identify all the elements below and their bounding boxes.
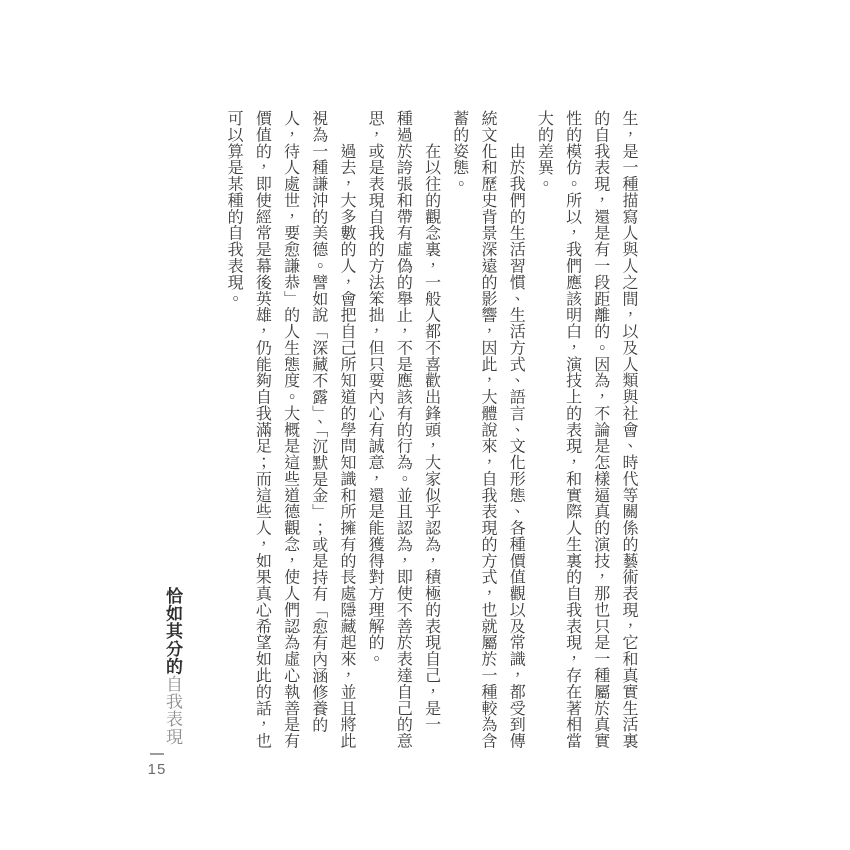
text-column: 人，待人處世，要愈謙恭」的人生態度。大概是這些道德觀念，使人們認為虛心執善是有 [275, 110, 303, 754]
text-column: 大的差異。 [529, 110, 557, 754]
text-column: 統文化和歷史背景深遠的影響，因此，大體說來，自我表現的方式，也就屬於一種較為含 [473, 110, 501, 754]
text-column: 的自我表現，還是有一段距離的。因為，不論是怎樣逼真的演技，那也只是一種屬於真實 [586, 110, 614, 754]
text-column: 過去，大多數的人，會把自己所知道的學問知識和所擁有的長處隱藏起來，並且將此 [332, 110, 360, 754]
page-number: 15 [143, 761, 171, 778]
text-column: 蓄的姿態。 [445, 110, 473, 754]
chapter-title-rest: 自我表現 [163, 675, 182, 745]
text-column: 在以往的觀念裏，一般人都不喜歡出鋒頭，大家似乎認為，積極的表現自己，是一 [416, 110, 444, 754]
chapter-title-emphasis: 恰如其分的 [163, 587, 182, 675]
text-column: 由於我們的生活習慣、生活方式、語言、文化形態、各種價值觀以及常識，都受到傳 [501, 110, 529, 754]
text-column: 價值的，即使經常是幕後英雄，仍能夠自我滿足；而這些人，如果真心希望如此的話，也 [247, 110, 275, 754]
chapter-title: 恰如其分的自我表現 [162, 587, 182, 745]
text-column: 可以算是某種的自我表現。 [219, 110, 247, 754]
text-column: 生，是一種描寫人與人之間，以及人類與社會、時代等關係的藝術表現，它和真實生活裏 [614, 110, 642, 754]
text-column: 性的模仿。所以，我們應該明白，演技上的表現，和實際人生裏的自我表現，存在著相當 [557, 110, 585, 754]
main-text: 生，是一種描寫人與人之間，以及人類與社會、時代等關係的藝術表現，它和真實生活裏 … [218, 110, 642, 754]
text-column: 視為一種謙沖的美德。譬如說「深藏不露」、「沉默是金」；或是持有「愈有內涵修養的 [304, 110, 332, 754]
book-page: { "page": { "text_columns": [ "生，是一種描寫人與… [0, 0, 850, 850]
page-number-divider [150, 753, 164, 755]
text-column: 種過於誇張和帶有虛偽的舉止，不是應該有的行為。並且認為，即使不善於表達自己的意 [388, 110, 416, 754]
text-column: 思，或是表現自我的方法笨拙，但只要內心有誠意，還是能獲得對方理解的。 [360, 110, 388, 754]
